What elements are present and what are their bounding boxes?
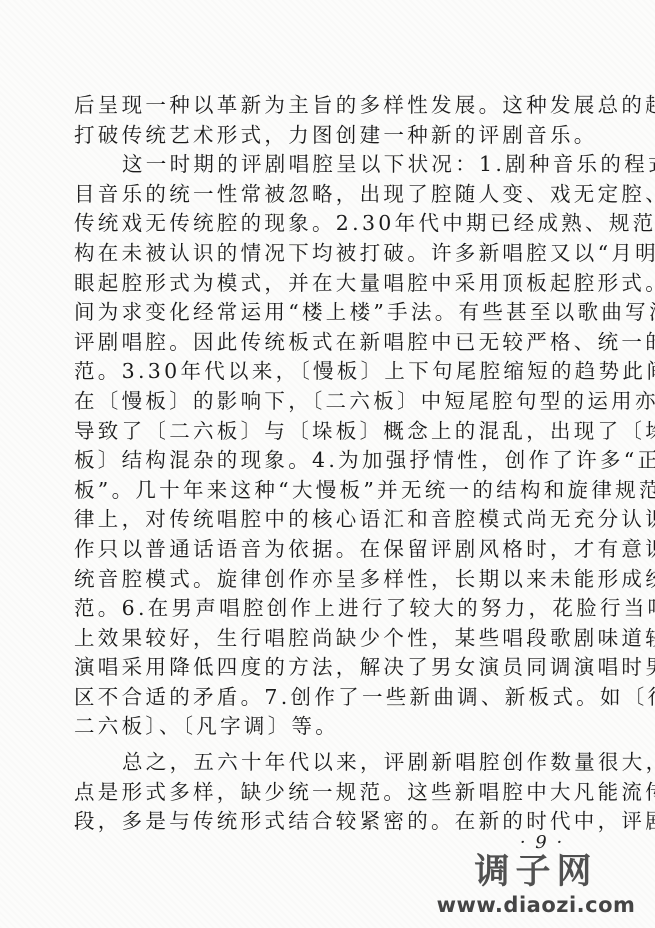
- watermark-title: 调子网: [436, 852, 636, 892]
- text-line: 构在未被认识的情况下均被打破。许多新唱腔又以“月明珠调”头: [74, 239, 574, 269]
- site-watermark: 调子网 www.diaozi.com: [436, 852, 636, 918]
- text-line: 统音腔模式。旋律创作亦呈多样性，长期以来未能形成统一的规: [74, 565, 574, 595]
- text-line: 范。6.在男声唱腔创作上进行了较大的努力，花脸行当唱腔在个性: [74, 594, 574, 624]
- text-line: 传统戏无传统腔的现象。2.30年代中期已经成熟、规范的板式结: [74, 209, 574, 239]
- paragraph-continuation: 后呈现一种以革新为主旨的多样性发展。这种发展总的趋势在于 打破传统艺术形式，力图…: [74, 91, 574, 150]
- paragraph-status-list: 这一时期的评剧唱腔呈以下状况：1.剧种音乐的程式性和剧 目音乐的统一性常被忽略，…: [74, 150, 574, 742]
- text-line: 导致了〔二六板〕与〔垛板〕概念上的混乱，出现了〔垛板〕与〔二六: [74, 417, 574, 447]
- text-line: 在〔慢板〕的影响下，〔二六板〕中短尾腔句型的运用亦甚广泛，于是: [74, 387, 574, 417]
- text-line: 区不合适的矛盾。7.创作了一些新曲调、新板式。如〔行板〕、〔反调: [74, 683, 574, 713]
- text-line: 演唱采用降低四度的方法，解决了男女演员同调演唱时男演员音: [74, 653, 574, 683]
- watermark-url: www.diaozi.com: [436, 892, 636, 918]
- text-line: 范。3.30年代以来，〔慢板〕上下句尾腔缩短的趋势此间更加扩大。: [74, 357, 574, 387]
- text-line: 上效果较好，生行唱腔尚缺少个性，某些唱段歌剧味道较浓。男声: [74, 624, 574, 654]
- text-line: 目音乐的统一性常被忽略，出现了腔随人变、戏无定腔、戏同腔异、: [74, 180, 574, 210]
- text-line: 板”。几十年来这种“大慢板”并无统一的结构和旋律规范。5.在旋: [74, 476, 574, 506]
- text-line: 作只以普通话语音为依据。在保留评剧风格时，才有意识地运用传: [74, 535, 574, 565]
- text-line: 板〕结构混杂的现象。4.为加强抒情性，创作了许多“正反调大慢: [74, 446, 574, 476]
- text-line: 总之，五六十年代以来，评剧新唱腔创作数量很大，显著的特: [74, 748, 574, 778]
- text-line: 这一时期的评剧唱腔呈以下状况：1.剧种音乐的程式性和剧: [74, 150, 574, 180]
- text-line: 打破传统艺术形式，力图创建一种新的评剧音乐。: [74, 121, 574, 151]
- text-line: 评剧唱腔。因此传统板式在新唱腔中已无较严格、统一的结构规: [74, 328, 574, 358]
- page-number: · 9 ·: [512, 832, 572, 853]
- text-line: 间为求变化经常运用“楼上楼”手法。有些甚至以歌曲写法来创作: [74, 298, 574, 328]
- text-line: 眼起腔形式为模式，并在大量唱腔中采用顶板起腔形式。在唱段中: [74, 269, 574, 299]
- body-text: 后呈现一种以革新为主旨的多样性发展。这种发展总的趋势在于 打破传统艺术形式，力图…: [74, 91, 574, 837]
- paragraph-summary: 总之，五六十年代以来，评剧新唱腔创作数量很大，显著的特 点是形式多样，缺少统一规…: [74, 748, 574, 837]
- text-line: 二六板〕、〔凡字调〕等。: [74, 712, 574, 742]
- text-line: 律上，对传统唱腔中的核心语汇和音腔模式尚无充分认识，新的创: [74, 505, 574, 535]
- scanned-page: 后呈现一种以革新为主旨的多样性发展。这种发展总的趋势在于 打破传统艺术形式，力图…: [0, 0, 655, 928]
- text-line: 后呈现一种以革新为主旨的多样性发展。这种发展总的趋势在于: [74, 91, 574, 121]
- text-line: 点是形式多样，缺少统一规范。这些新唱腔中大凡能流传至今的唱: [74, 778, 574, 808]
- text-line: 段，多是与传统形式结合较紧密的。在新的时代中，评剧音乐有待: [74, 807, 574, 837]
